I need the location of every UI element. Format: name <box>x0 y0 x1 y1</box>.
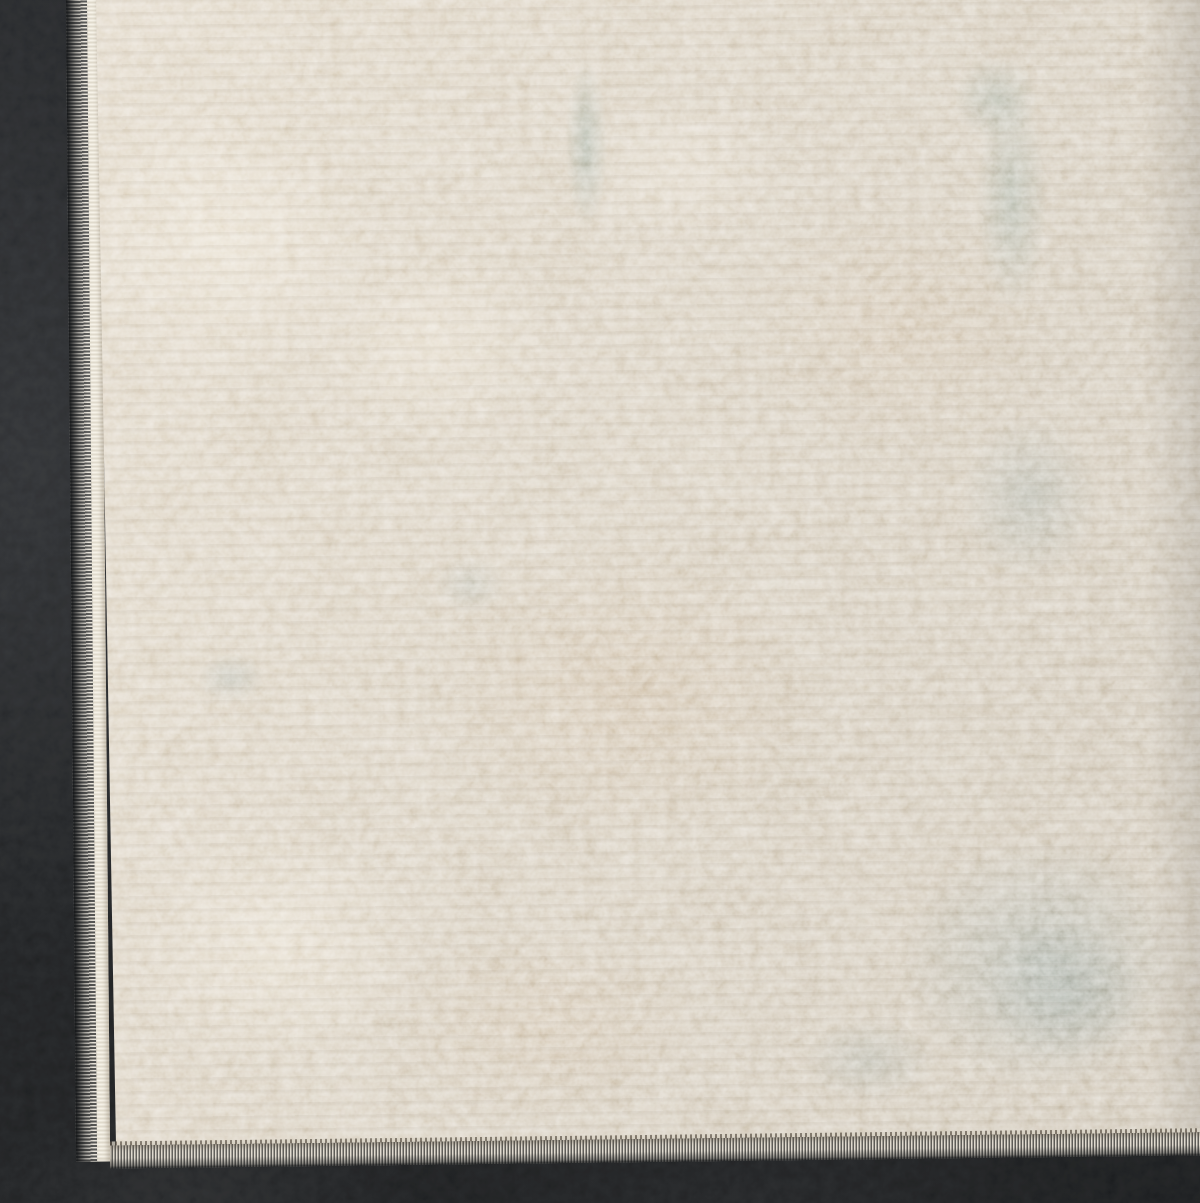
pile-texture-noise-large <box>60 0 1200 1175</box>
rug-corner <box>60 0 1200 1203</box>
rug-product-photo <box>0 0 1200 1203</box>
pile-texture-noise-fine <box>60 0 1200 1175</box>
pile-edge-shading <box>60 0 1200 1175</box>
rug-pile <box>60 0 1200 1175</box>
pile-weave-rows <box>60 0 1200 1175</box>
pile-texture-noise-coarse <box>60 0 1200 1175</box>
